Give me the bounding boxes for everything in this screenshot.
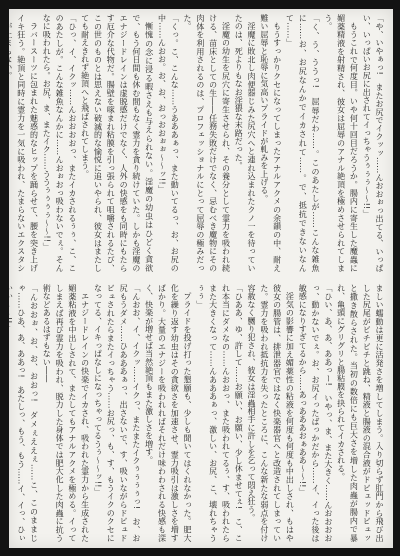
scan-border: 「や、いやぁっ! またお尻でイクッッ……んおおぉっ出てる、いっぱい、いっぱいお尻…	[0, 0, 400, 556]
paragraph: 淫気の影響に加え媚薬性の粘液を何度も何度も中出しされ、もはや彼女の腸管は、排泄器…	[244, 284, 295, 542]
paragraph: 淫魔の幼生を尻穴に寄生させられ、その養分として霊力を吸われ続ける、苗床としての生…	[180, 14, 231, 272]
paragraph: ましい蠕動は更に活発さを増してしまう。入り切らず肛門から飛び出した尻尾がビチビチ…	[334, 284, 385, 542]
paragraph: 「ひい、あ、あ、ああっー! いやっ、ま、また大きく……んおおおおっ、動かないでぇ…	[295, 284, 333, 542]
text-block-top: 「や、いやぁっ! またお尻でイクッッ……んおおぉっ出てる、いっぱい、いっぱいお尻…	[19, 14, 385, 272]
text-block-bottom: ましい蠕動は更に活発さを増してしまう。入り切らず肛門から飛び出した尻尾がビチビチ…	[19, 284, 385, 542]
paragraph: 「んおお、イ、イクッ……イクっ、またまたイクぅぅぅぅっ! お、お尻もうダメ……ひ…	[91, 284, 142, 542]
paragraph: 「や、いやぁっ! またお尻でイクッッ……んおおぉっ出てる、いっぱい、いっぱいお尻…	[359, 14, 385, 272]
paragraph: 「くっ。こ、こんな……うあああぁっ、また動いてるっ、お、お尻の中……んおお。お、…	[155, 14, 181, 272]
paragraph: もうすっかりクセになってしまったアナルアクメの余韻の中、耐え難い屈辱と恥辱に気高…	[257, 14, 283, 272]
paragraph: ラバースーツに包まれた魅惑的なヒップを踊らせて、腰を突き上げイキ狂う。絶頂と同時…	[9, 14, 39, 272]
paragraph: 「んおおぉ、お、お、おおっ! ダメぇええぇ……こ、このままじゃ……ひあ、あ、ああ…	[9, 284, 39, 542]
paragraph: もうこれで何度目。いや何十回目だろうか。腸内に寄生した魔蟲に媚薬精液を射精され、…	[321, 14, 359, 272]
paragraph: プライドを投げ打った懇願も、少しも聞いてはくれなかった。肥大化を繰り返す幼虫はそ…	[142, 284, 193, 542]
paragraph: 慚愧の念に浸る暇さえも与えられない。淫魔の幼虫はひどく貪欲で、もう何日間も休む間…	[78, 14, 155, 272]
paragraph: 淫魔に敗北し肉便器じみた尻穴へと連れ込まれたクノ一を待っていたのは、死よりもなお…	[231, 14, 257, 272]
novel-page: 「や、いやぁっ! またお尻でイクッッ……んおおぉっ出てる、いっぱい、いっぱいお尻…	[9, 9, 393, 548]
paragraph: 「く、う、ううっ! 屈辱だわ……。このあたしが……こんな雑魚に……お、お尻なんか…	[283, 14, 321, 272]
paragraph: 「ひっ、イ、イクッ……んおおおおっ、またイカされるぅぅ、こ、このあたしが。こんな…	[39, 14, 77, 272]
paragraph: エナジードレインの快楽でイカされ、吸われた霊力から生成された媚薬粘液を中出しされ…	[39, 284, 90, 542]
paragraph: 「ひああ、ゆ、許して……お願い、お願い、少し休ませてぇ! こ、これ本当にダメなの…	[193, 284, 244, 542]
